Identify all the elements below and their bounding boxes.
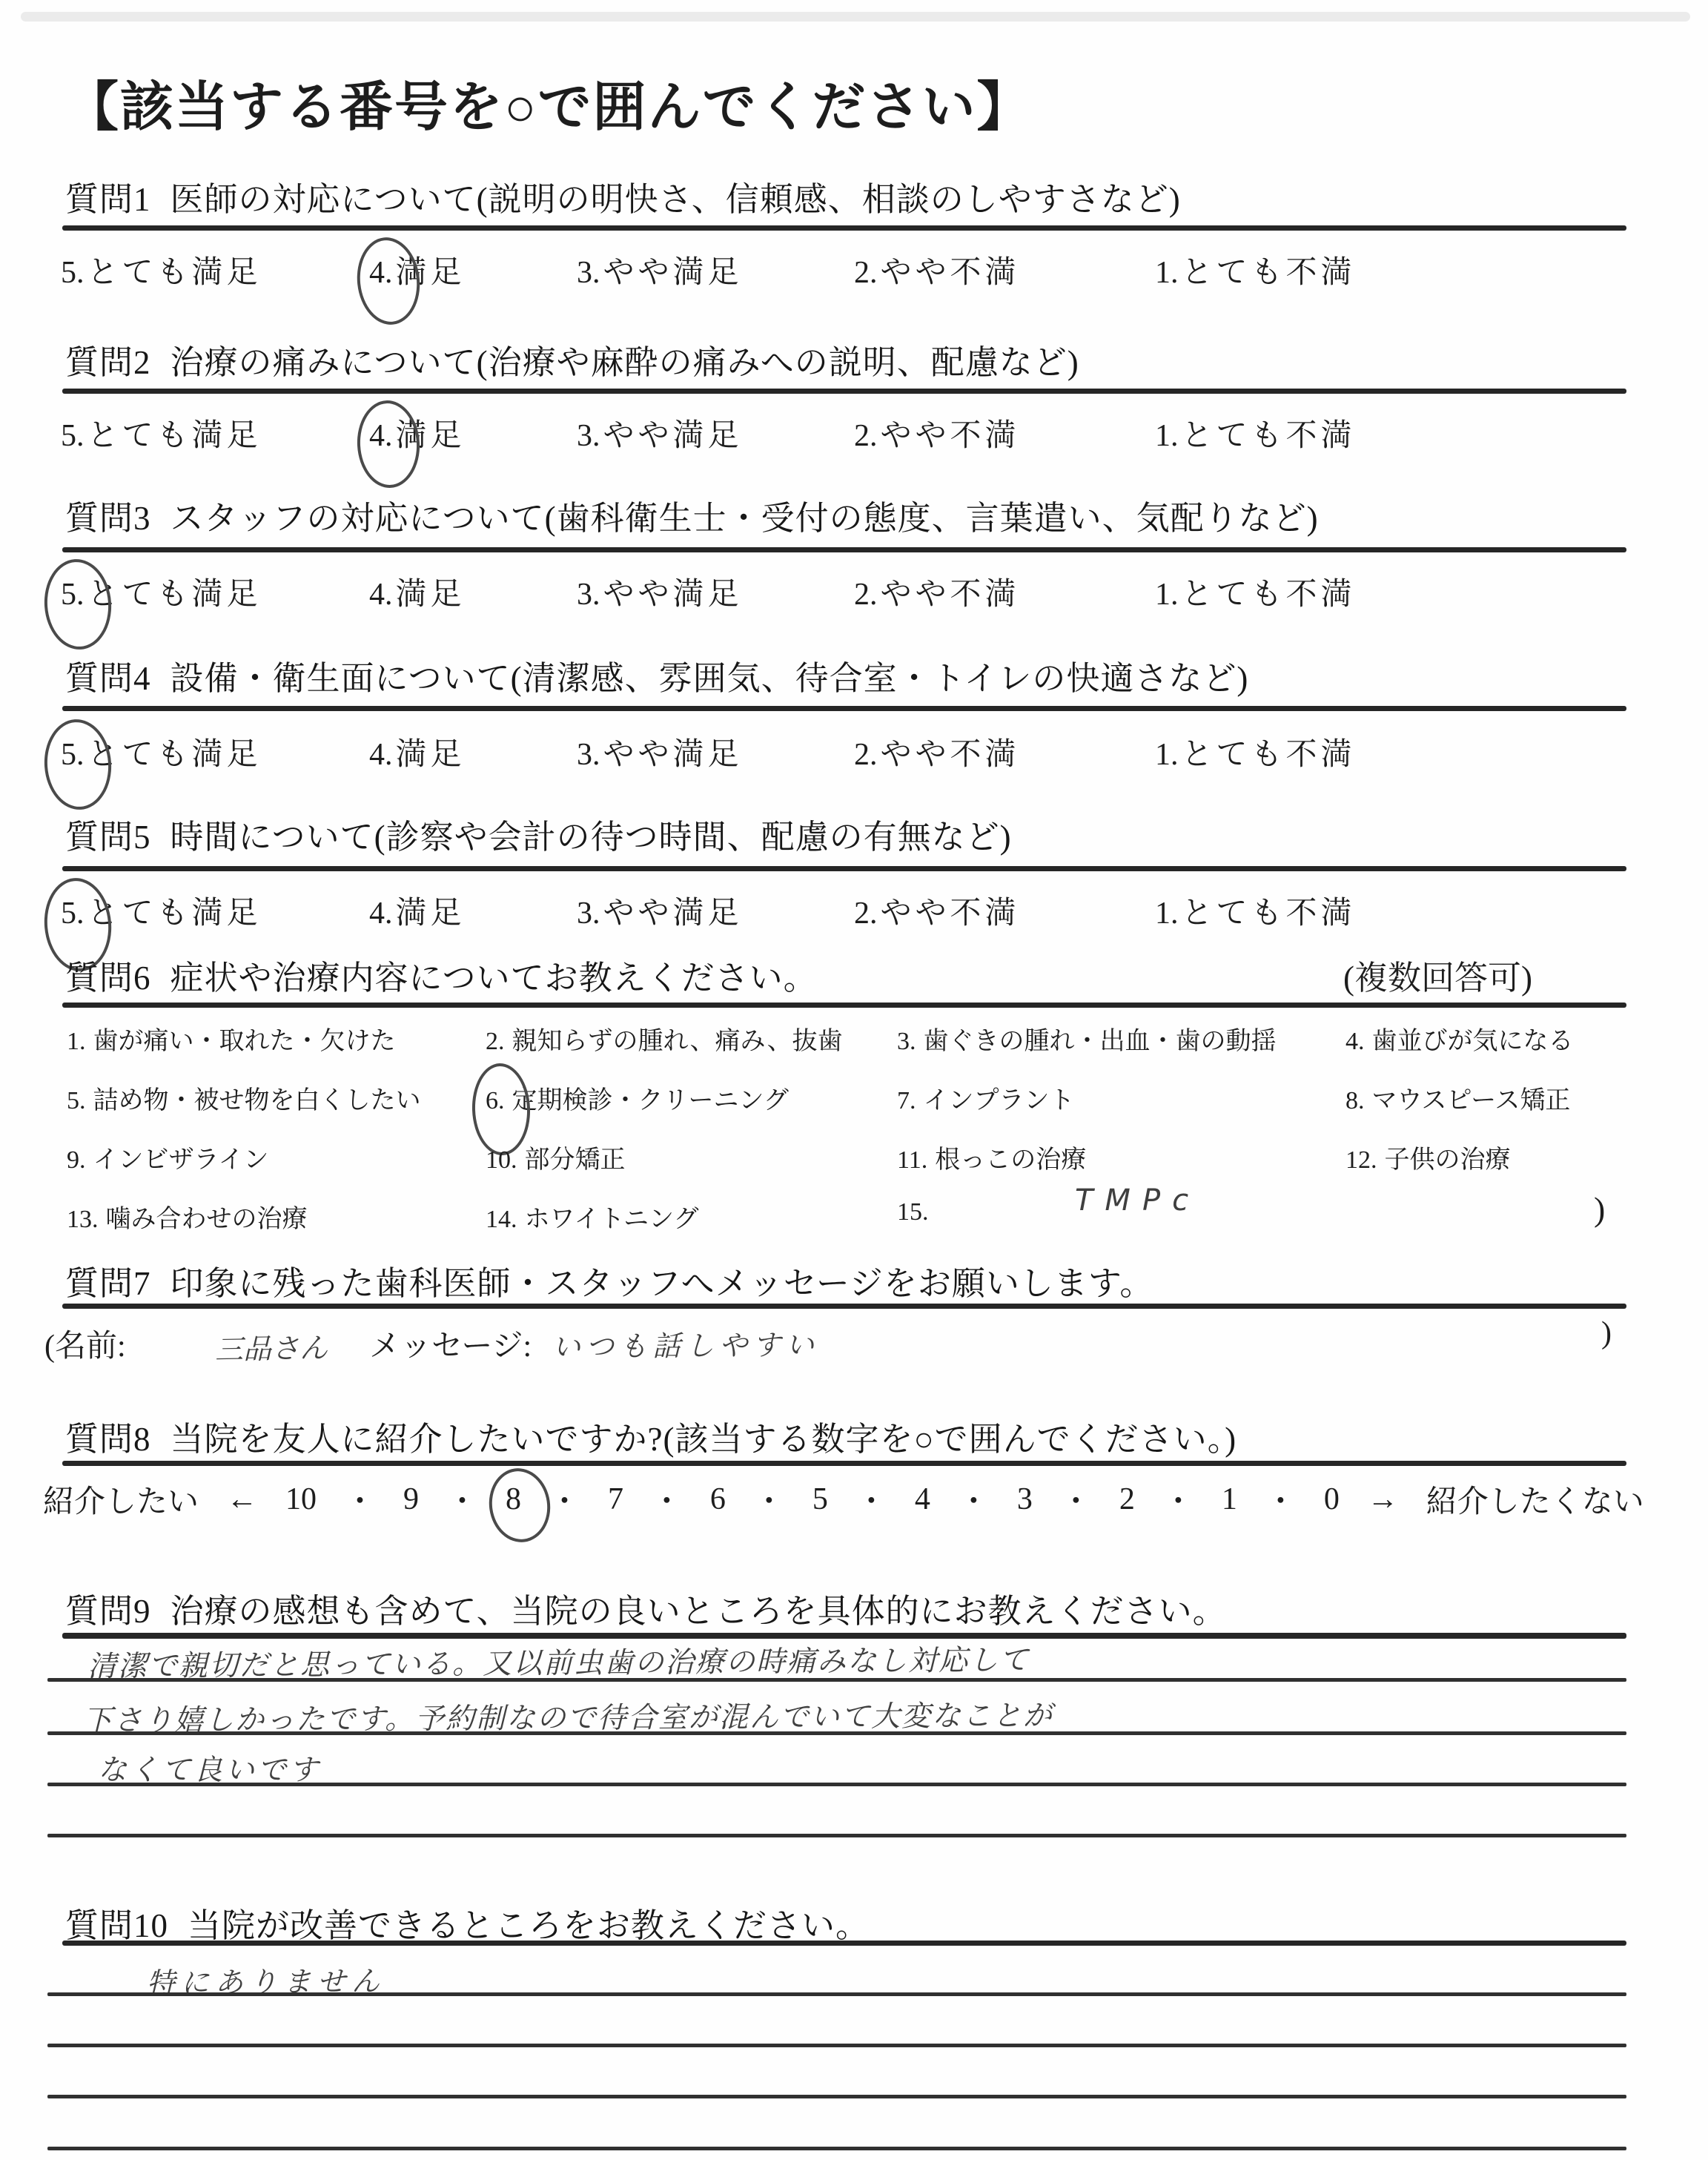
rating-option-5-circled: 5.とても満足 <box>61 730 262 774</box>
question-5-heading: 時間について(診察や会計の待つ時間、配慮の有無など) <box>171 819 1012 856</box>
option-text: やや満足 <box>603 419 743 453</box>
option-number: 15. <box>897 1198 929 1226</box>
heading-underline <box>62 1304 1626 1309</box>
rating-option-1: 1.とても不満 <box>1155 569 1356 614</box>
symptom-option-13: 13.噛み合わせの治療 <box>67 1198 308 1235</box>
question-3-heading-row: 質問3スタッフの対応について(歯科衛生士・受付の態度、言葉遣い、気配りなど) <box>65 491 1319 539</box>
scan-artifact-bar <box>21 12 1690 22</box>
question-1-heading: 医師の対応について(説明の明快さ、信頼感、相談のしやすさなど) <box>171 181 1181 218</box>
heading-underline <box>62 1003 1626 1008</box>
name-field-label: (名前: <box>44 1321 126 1366</box>
dot-separator: ・ <box>1162 1477 1194 1522</box>
rating-option-1: 1.とても不満 <box>1155 248 1356 292</box>
symptom-option-2: 2.親知らずの腫れ、痛み、抜歯 <box>486 1020 843 1057</box>
rating-option-1: 1.とても不満 <box>1155 730 1356 774</box>
pen-circle-mark <box>42 557 114 652</box>
question-2-label: 質問2 <box>65 344 151 381</box>
option-text: 満足 <box>396 738 466 772</box>
rating-option-4-circled: 4.満足 <box>369 248 466 292</box>
symptom-option-11: 11.根っこの治療 <box>897 1139 1086 1175</box>
pen-circle-mark <box>353 234 424 328</box>
dot-separator: ・ <box>958 1477 989 1522</box>
nps-number-0: 0 <box>1324 1482 1340 1517</box>
option-number: 1. <box>1155 419 1179 453</box>
option-text: 歯並びが気になる <box>1372 1028 1574 1055</box>
option-text: やや不満 <box>881 256 1020 290</box>
other-handwritten-answer: TMPc <box>1075 1183 1200 1218</box>
option-text: 部分矯正 <box>525 1146 626 1174</box>
option-number: 4. <box>369 896 393 931</box>
right-arrow-icon: → <box>1367 1482 1398 1517</box>
nps-scale-row: 紹介したい ← 10 ・ 9 ・ 8 ・ 7 ・ 6 ・ 5 ・ 4 ・ 3 ・… <box>43 1477 1644 1522</box>
option-number: 5. <box>61 419 85 453</box>
option-number: 1. <box>1155 738 1179 772</box>
closing-paren: ) <box>1594 1189 1605 1229</box>
option-text: マウスピース矯正 <box>1372 1087 1571 1114</box>
option-text: インビザライン <box>93 1146 269 1174</box>
option-text: やや満足 <box>603 256 743 290</box>
scanned-survey-page: 【該当する番号を○で囲んでください】 質問1医師の対応について(説明の明快さ、信… <box>0 0 1708 2160</box>
question-7-heading-row: 質問7印象に残った歯科医師・スタッフへメッセージをお願いします。 <box>65 1256 1153 1304</box>
option-text: 親知らずの腫れ、痛み、抜歯 <box>512 1028 843 1055</box>
pen-circle-mark <box>484 1464 555 1546</box>
question-10-heading-row: 質問10当院が改善できるところをお教えください。 <box>65 1898 870 1946</box>
question-4-heading: 設備・衛生面について(清潔感、雰囲気、待合室・トイレの快適さなど) <box>171 660 1249 697</box>
question-1-heading-row: 質問1医師の対応について(説明の明快さ、信頼感、相談のしやすさなど) <box>65 172 1181 220</box>
nps-number-8-circled: 8 <box>506 1482 521 1517</box>
option-text: やや満足 <box>603 896 743 931</box>
option-number: 4. <box>369 578 393 612</box>
option-text: やや不満 <box>881 738 1020 772</box>
option-number: 8. <box>1345 1087 1365 1114</box>
pen-circle-mark <box>42 717 114 812</box>
symptom-option-14: 14.ホワイトニング <box>486 1198 698 1235</box>
heading-underline <box>62 547 1626 552</box>
answer-line <box>47 1992 1626 1996</box>
rating-option-4: 4.満足 <box>369 730 466 774</box>
option-text: とても満足 <box>87 738 262 772</box>
rating-option-3: 3.やや満足 <box>577 248 743 292</box>
option-number: 10. <box>486 1146 517 1174</box>
answer-line <box>47 2147 1626 2150</box>
dot-separator: ・ <box>1060 1477 1091 1522</box>
symptom-option-7: 7.インプラント <box>897 1080 1075 1116</box>
option-number: 5. <box>67 1087 86 1114</box>
option-text: とても不満 <box>1182 256 1356 290</box>
heading-underline <box>62 706 1626 711</box>
option-number: 2. <box>854 738 878 772</box>
question-7-heading: 印象に残った歯科医師・スタッフへメッセージをお願いします。 <box>171 1265 1154 1302</box>
option-text: とても不満 <box>1182 578 1356 612</box>
question-3-options-row: 5.とても満足 4.満足 3.やや満足 2.やや不満 1.とても不満 <box>0 569 1708 614</box>
option-number: 2. <box>854 256 878 290</box>
rating-option-4-circled: 4.満足 <box>369 411 466 455</box>
question-8-label: 質問8 <box>65 1421 151 1458</box>
option-text: 根っこの治療 <box>935 1146 1086 1174</box>
question-8-heading-row: 質問8当院を友人に紹介したいですか?(該当する数字を○で囲んでください。) <box>65 1412 1237 1460</box>
rating-option-5-circled: 5.とても満足 <box>61 888 262 933</box>
rating-option-4: 4.満足 <box>369 569 466 614</box>
option-number: 2. <box>486 1028 505 1055</box>
nps-number-10: 10 <box>285 1482 317 1517</box>
question-4-label: 質問4 <box>65 660 151 697</box>
option-number: 1. <box>1155 256 1179 290</box>
dot-separator: ・ <box>549 1477 580 1522</box>
symptom-option-12: 12.子供の治療 <box>1345 1139 1511 1175</box>
question-5-label: 質問5 <box>65 819 151 856</box>
option-text: 詰め物・被せ物を白くしたい <box>93 1087 421 1114</box>
symptom-option-1: 1.歯が痛い・取れた・欠けた <box>67 1020 396 1057</box>
option-number: 12. <box>1345 1146 1377 1174</box>
symptom-option-5: 5.詰め物・被せ物を白くしたい <box>67 1080 421 1116</box>
symptom-option-8: 8.マウスピース矯正 <box>1345 1080 1570 1116</box>
question-5-heading-row: 質問5時間について(診察や会計の待つ時間、配慮の有無など) <box>65 810 1012 858</box>
question-6-heading: 症状や治療内容についてお教えください。 <box>171 960 818 997</box>
option-text: 定期検診・クリーニング <box>512 1087 789 1114</box>
dot-separator: ・ <box>1265 1477 1296 1522</box>
option-number: 2. <box>854 578 878 612</box>
heading-underline <box>62 1941 1626 1946</box>
option-number: 9. <box>67 1146 86 1174</box>
nps-number-7: 7 <box>608 1482 623 1517</box>
option-text: 満足 <box>396 896 466 931</box>
message-handwritten: いつも話しやすい <box>552 1321 819 1364</box>
question-2-heading-row: 質問2治療の痛みについて(治療や麻酔の痛みへの説明、配慮など) <box>65 335 1079 383</box>
rating-option-2: 2.やや不満 <box>854 411 1020 455</box>
rating-option-3: 3.やや満足 <box>577 888 743 933</box>
symptom-option-3: 3.歯ぐきの腫れ・出血・歯の動揺 <box>897 1020 1277 1057</box>
nps-number-2: 2 <box>1119 1482 1135 1517</box>
rating-option-2: 2.やや不満 <box>854 569 1020 614</box>
question-5-options-row: 5.とても満足 4.満足 3.やや満足 2.やや不満 1.とても不満 <box>0 888 1708 933</box>
rating-option-2: 2.やや不満 <box>854 248 1020 292</box>
pen-circle-mark <box>355 399 422 489</box>
option-text: 歯が痛い・取れた・欠けた <box>93 1028 396 1055</box>
heading-underline <box>62 389 1626 394</box>
option-number: 2. <box>854 419 878 453</box>
rating-option-4: 4.満足 <box>369 888 466 933</box>
answer-line <box>47 2095 1626 2098</box>
rating-option-2: 2.やや不満 <box>854 888 1020 933</box>
left-arrow-icon: ← <box>227 1482 258 1517</box>
question-3-heading: スタッフの対応について(歯科衛生士・受付の態度、言葉遣い、気配りなど) <box>171 500 1319 537</box>
name-handwritten: 三品さん <box>215 1325 328 1368</box>
rating-option-1: 1.とても不満 <box>1155 888 1356 933</box>
option-number: 3. <box>897 1028 916 1055</box>
option-number: 3. <box>577 896 600 931</box>
symptom-option-9: 9.インビザライン <box>67 1139 268 1175</box>
question-6-label: 質問6 <box>65 960 151 997</box>
answer-line <box>47 1783 1626 1786</box>
option-number: 7. <box>897 1087 916 1114</box>
form-title: 【該当する番号を○で囲んでください】 <box>65 64 1032 141</box>
symptom-option-10: 10.部分矯正 <box>486 1139 626 1175</box>
option-text: インプラント <box>924 1087 1075 1114</box>
rating-option-3: 3.やや満足 <box>577 569 743 614</box>
nps-number-3: 3 <box>1017 1482 1033 1517</box>
option-number: 3. <box>577 578 600 612</box>
question-7-label: 質問7 <box>65 1265 151 1302</box>
question-1-label: 質問1 <box>65 181 151 218</box>
option-text: とても不満 <box>1182 419 1356 453</box>
option-text: やや不満 <box>881 419 1020 453</box>
question-2-options-row: 5.とても満足 4.満足 3.やや満足 2.やや不満 1.とても不満 <box>0 411 1708 455</box>
dot-separator: ・ <box>753 1477 784 1522</box>
option-number: 1. <box>1155 578 1179 612</box>
nps-number-9: 9 <box>403 1482 419 1517</box>
dot-separator: ・ <box>344 1477 375 1522</box>
option-text: とても不満 <box>1182 738 1356 772</box>
option-text: とても満足 <box>87 256 262 290</box>
rating-option-5-circled: 5.とても満足 <box>61 569 262 614</box>
dot-separator: ・ <box>855 1477 887 1522</box>
option-text: ホワイトニング <box>525 1206 699 1233</box>
option-text: とても不満 <box>1182 896 1356 931</box>
question-10-heading: 当院が改善できるところをお教えください。 <box>188 1907 870 1944</box>
option-number: 2. <box>854 896 878 931</box>
nps-number-4: 4 <box>915 1482 930 1517</box>
answer-line <box>47 2044 1626 2047</box>
question-6-note: (複数回答可) <box>1343 951 1532 999</box>
option-number: 1. <box>1155 896 1179 931</box>
nps-right-label: 紹介したくない <box>1426 1477 1644 1522</box>
question-3-label: 質問3 <box>65 500 151 537</box>
message-field-label: メッセージ: <box>369 1321 532 1366</box>
question-9-heading: 治療の感想も含めて、当院の良いところを具体的にお教えください。 <box>171 1593 1227 1630</box>
option-number: 3. <box>577 738 600 772</box>
question-9-heading-row: 質問9治療の感想も含めて、当院の良いところを具体的にお教えください。 <box>65 1584 1227 1632</box>
question-4-heading-row: 質問4設備・衛生面について(清潔感、雰囲気、待合室・トイレの快適さなど) <box>65 651 1248 699</box>
option-number: 3. <box>577 419 600 453</box>
answer-line <box>47 1678 1626 1682</box>
option-number: 4. <box>1345 1028 1365 1055</box>
question-4-options-row: 5.とても満足 4.満足 3.やや満足 2.やや不満 1.とても不満 <box>0 730 1708 774</box>
nps-number-5: 5 <box>812 1482 828 1517</box>
option-text: やや不満 <box>881 578 1020 612</box>
option-text: やや満足 <box>603 578 743 612</box>
option-text: 噛み合わせの治療 <box>106 1206 308 1233</box>
option-number: 3. <box>577 256 600 290</box>
option-number: 11. <box>897 1146 927 1174</box>
question-9-label: 質問9 <box>65 1593 151 1630</box>
option-text: とても満足 <box>87 419 262 453</box>
rating-option-5: 5.とても満足 <box>61 411 262 455</box>
answer-line <box>47 1731 1626 1735</box>
rating-option-5: 5.とても満足 <box>61 248 262 292</box>
nps-number-1: 1 <box>1222 1482 1237 1517</box>
answer-line <box>47 1834 1626 1837</box>
option-text: 子供の治療 <box>1385 1146 1511 1174</box>
nps-number-6: 6 <box>710 1482 726 1517</box>
heading-underline <box>62 225 1626 231</box>
rating-option-3: 3.やや満足 <box>577 411 743 455</box>
dot-separator: ・ <box>651 1477 682 1522</box>
rating-option-2: 2.やや不満 <box>854 730 1020 774</box>
option-number: 5. <box>61 256 85 290</box>
question-1-options-row: 5.とても満足 4.満足 3.やや満足 2.やや不満 1.とても不満 <box>0 248 1708 292</box>
question-6-heading-row: 質問6症状や治療内容についてお教えください。 <box>65 951 818 999</box>
option-text: やや不満 <box>881 896 1020 931</box>
symptom-option-6-circled: 6.定期検診・クリーニング <box>486 1080 789 1116</box>
option-text: 歯ぐきの腫れ・出血・歯の動揺 <box>924 1028 1277 1055</box>
option-text: やや満足 <box>603 738 743 772</box>
dot-separator: ・ <box>446 1477 477 1522</box>
question-8-heading: 当院を友人に紹介したいですか?(該当する数字を○で囲んでください。) <box>171 1421 1237 1458</box>
option-text: とても満足 <box>87 578 262 612</box>
option-number: 4. <box>369 738 393 772</box>
closing-paren: ) <box>1601 1315 1612 1351</box>
symptom-option-4: 4.歯並びが気になる <box>1345 1020 1574 1057</box>
option-text: とても満足 <box>87 896 262 931</box>
rating-option-1: 1.とても不満 <box>1155 411 1356 455</box>
heading-underline <box>62 1461 1626 1466</box>
nps-left-label: 紹介したい <box>43 1477 199 1522</box>
option-text: 満足 <box>396 578 466 612</box>
question-10-label: 質問10 <box>65 1907 168 1944</box>
option-number: 1. <box>67 1028 86 1055</box>
option-number: 14. <box>486 1206 517 1233</box>
heading-underline <box>62 866 1626 871</box>
symptom-option-15: 15. <box>897 1198 936 1226</box>
option-number: 13. <box>67 1206 99 1233</box>
rating-option-3: 3.やや満足 <box>577 730 743 774</box>
question-2-heading: 治療の痛みについて(治療や麻酔の痛みへの説明、配慮など) <box>171 344 1079 381</box>
